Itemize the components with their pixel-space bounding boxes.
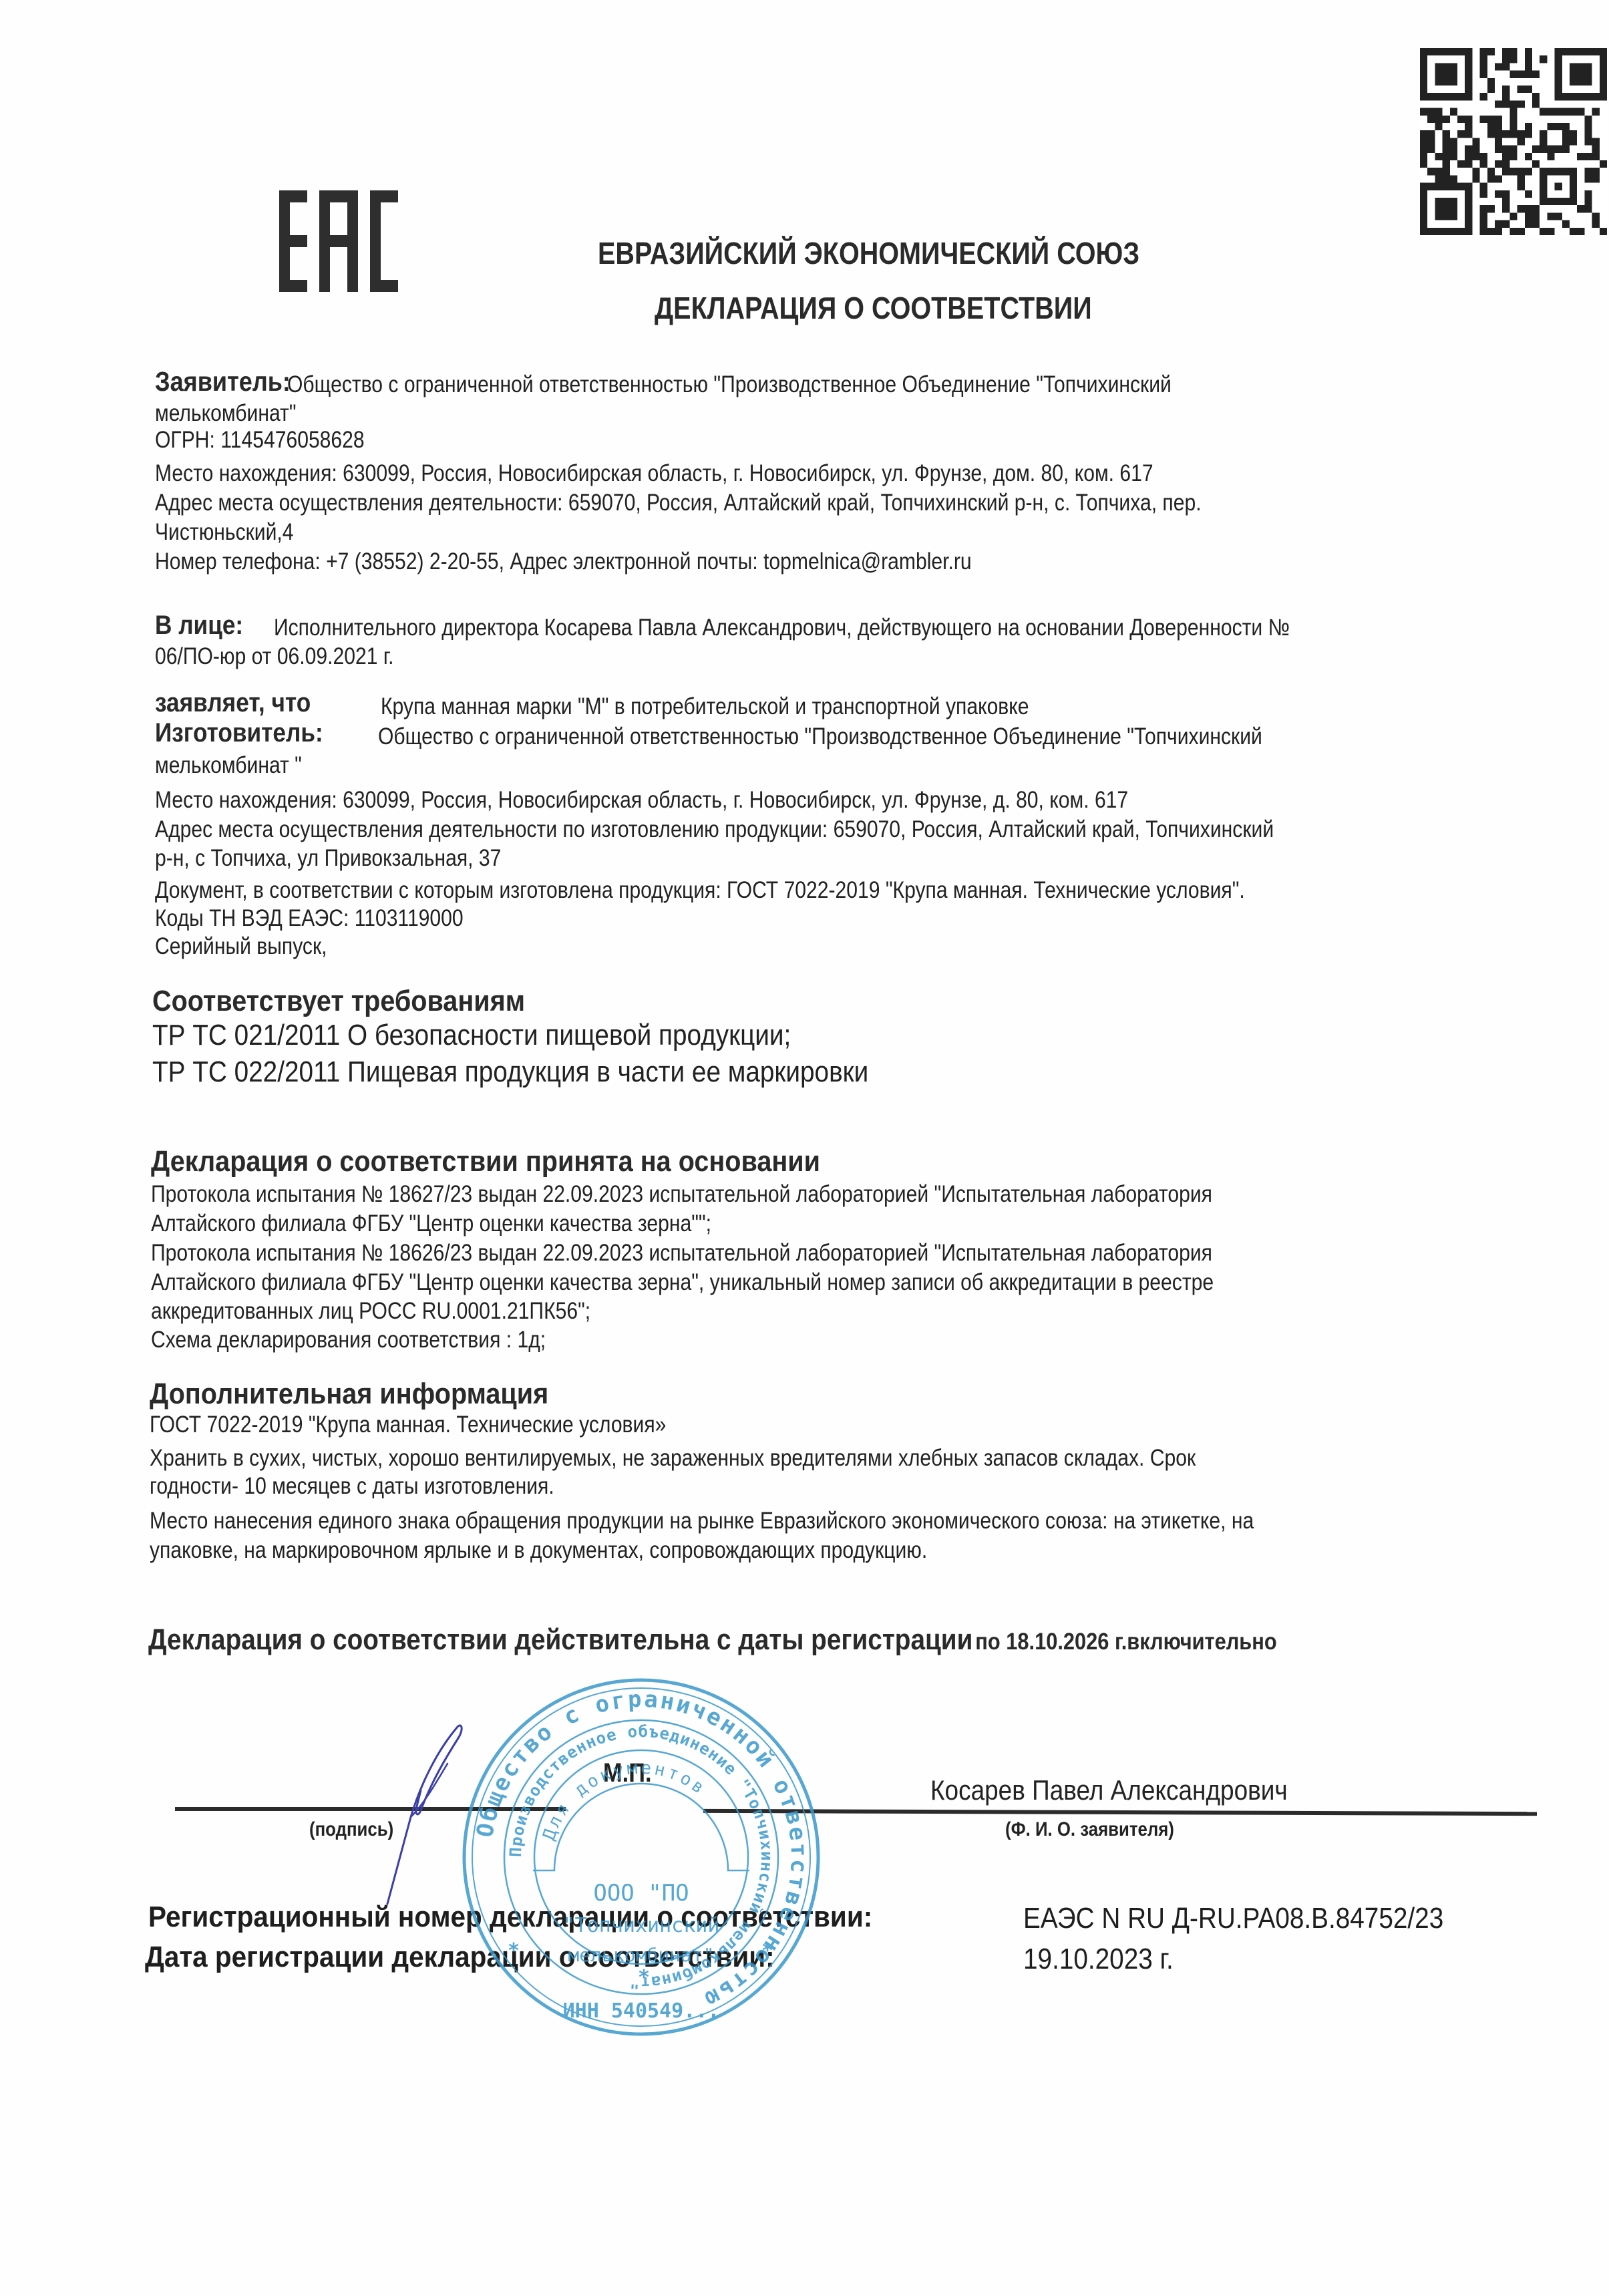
- additional-info-line: ГОСТ 7022-2019 "Крупа манная. Технически…: [150, 1412, 666, 1438]
- svg-text:*: *: [761, 1939, 773, 1963]
- applicant-line: Заявитель:: [155, 366, 309, 397]
- manufacturer-name: Общество с ограниченной ответственностью…: [378, 723, 1262, 750]
- manufacturer-name-cont: мелькомбинат ": [155, 752, 302, 779]
- represented-by-text: Исполнительного директора Косарева Павла…: [274, 615, 1290, 641]
- declares-line: заявляет, что: [155, 688, 332, 718]
- applicant-name-cont: мелькомбинат": [155, 400, 297, 427]
- svg-text:*: *: [638, 1966, 650, 1989]
- manufacturer-production-address: Адрес места осуществления деятельности п…: [155, 816, 1274, 843]
- applicant-ogrn: ОГРН: 1145476058628: [155, 427, 365, 454]
- requirements-heading: Соответствует требованиям: [152, 985, 525, 1018]
- requirement-item: ТР ТС 022/2011 Пищевая продукция в части…: [152, 1055, 868, 1089]
- applicant-activity-address-cont: Чистюньский,4: [155, 519, 294, 546]
- applicant-activity-address: Адрес места осуществления деятельности: …: [155, 490, 1202, 516]
- production-type: Серийный выпуск,: [155, 933, 327, 960]
- validity-text: Декларация о соответствии действительна …: [148, 1623, 972, 1656]
- requirement-item: ТР ТС 021/2011 О безопасности пищевой пр…: [152, 1019, 791, 1052]
- union-title: ЕВРАЗИЙСКИЙ ЭКОНОМИЧЕСКИЙ СОЮЗ: [598, 235, 1139, 271]
- manufacturer-standard-document: Документ, в соответствии с которым изгот…: [155, 877, 1245, 904]
- tn-ved-codes: Коды ТН ВЭД ЕАЭС: 1103119000: [155, 905, 464, 932]
- represented-by-label: В лице:: [155, 611, 243, 641]
- stamp-center-line2: "Топчихинский: [563, 1914, 720, 1937]
- signer-caption: (Ф. И. О. заявителя): [1005, 1818, 1174, 1841]
- document-title: ДЕКЛАРАЦИЯ О СООТВЕТСТВИИ: [655, 290, 1092, 326]
- basis-line: Алтайского филиала ФГБУ "Центр оценки ка…: [151, 1210, 711, 1237]
- declares-label: заявляет, что: [155, 688, 311, 718]
- basis-line: аккредитованных лиц РОСС RU.0001.21ПК56"…: [151, 1298, 590, 1325]
- registration-date-value: 19.10.2023 г.: [1023, 1943, 1174, 1976]
- applicant-location: Место нахождения: 630099, Россия, Новоси…: [155, 460, 1153, 487]
- validity-statement: Декларация о соответствии действительна …: [148, 1623, 1277, 1657]
- additional-info-line: упаковке, на маркировочном ярлыке и в до…: [150, 1537, 927, 1564]
- basis-line: Схема декларирования соответствия : 1д;: [151, 1327, 546, 1353]
- basis-line: Протокола испытания № 18626/23 выдан 22.…: [151, 1240, 1212, 1267]
- eac-logo-icon: [279, 190, 398, 292]
- additional-info-line: Хранить в сухих, чистых, хорошо вентилир…: [150, 1445, 1196, 1472]
- signer-name: Косарев Павел Александрович: [930, 1774, 1288, 1806]
- manufacturer-label: Изготовитель:: [155, 718, 323, 748]
- registration-number-value: ЕАЭС N RU Д-RU.PA08.B.84752/23: [1023, 1902, 1443, 1935]
- applicant-name: Общество с ограниченной ответственностью…: [287, 371, 1172, 398]
- manufacturer-location: Место нахождения: 630099, Россия, Новоси…: [155, 787, 1128, 814]
- validity-date: по 18.10.2026 г.включительно: [975, 1629, 1276, 1655]
- represented-by-line: В лице:: [155, 611, 255, 641]
- manufacturer-production-address-cont: р-н, с Топчиха, ул Привокзальная, 37: [155, 845, 501, 872]
- applicant-label: Заявитель:: [155, 366, 291, 397]
- basis-heading: Декларация о соответствии принята на осн…: [151, 1145, 820, 1178]
- declaration-page: ЕВРАЗИЙСКИЙ ЭКОНОМИЧЕСКИЙ СОЮЗ ДЕКЛАРАЦИ…: [0, 0, 1609, 2296]
- name-line: [703, 1809, 1537, 1816]
- company-seal-stamp: Общество с ограниченной ответственностью…: [454, 1670, 828, 2044]
- manufacturer-line: Изготовитель:: [155, 718, 346, 748]
- basis-line: Протокола испытания № 18627/23 выдан 22.…: [151, 1181, 1212, 1208]
- svg-text:*: *: [508, 1939, 520, 1963]
- basis-line: Алтайского филиала ФГБУ "Центр оценки ка…: [151, 1269, 1214, 1296]
- additional-info-line: годности- 10 месяцев с даты изготовления…: [150, 1473, 554, 1500]
- represented-by-text-cont: 06/ПО-юр от 06.09.2021 г.: [155, 643, 394, 670]
- stamp-center-line3: мелькомбинат": [568, 1944, 714, 1966]
- additional-info-line: Место нанесения единого знака обращения …: [150, 1508, 1254, 1534]
- applicant-contacts: Номер телефона: +7 (38552) 2-20-55, Адре…: [155, 548, 972, 575]
- declared-product: Крупа манная марки "М" в потребительской…: [381, 693, 1029, 720]
- handwritten-signature: [374, 1710, 468, 1911]
- additional-info-heading: Дополнительная информация: [150, 1377, 548, 1411]
- stamp-inn: ИНН 540549...: [563, 1999, 720, 2023]
- stamp-center-line1: ООО "ПО: [593, 1880, 689, 1907]
- qr-code-icon[interactable]: [1420, 48, 1607, 235]
